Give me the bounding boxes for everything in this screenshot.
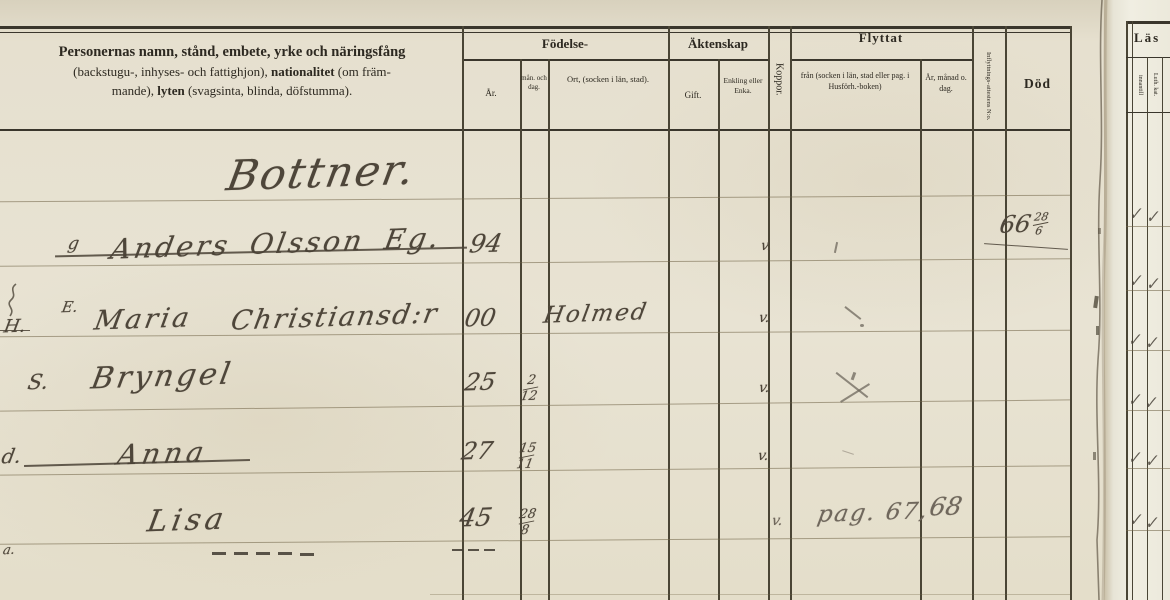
koppor-mark: v. xyxy=(758,381,771,395)
fodelse-mandag-header: mån. och dag. xyxy=(520,74,548,92)
koppor-mark: v. xyxy=(760,239,773,253)
strike-line xyxy=(0,330,30,331)
underline-dash xyxy=(484,549,495,551)
birth-year: 00 xyxy=(463,305,498,330)
birth-year: 45 xyxy=(458,504,494,530)
fodelse-ar-header: År. xyxy=(462,88,520,98)
underline-dash xyxy=(468,549,479,551)
death-date: 66 286 xyxy=(998,211,1050,238)
right-page-header: Läs xyxy=(1134,30,1170,46)
underline-dash xyxy=(234,552,248,555)
koppor-header: Koppor. xyxy=(768,30,790,128)
gift-header: Gift. xyxy=(668,90,718,100)
top-rule-thick xyxy=(0,26,1070,29)
birth-year: 27 xyxy=(460,438,495,463)
grid-vline xyxy=(548,59,550,600)
row-rule xyxy=(430,594,1070,595)
person-name: Bryngel xyxy=(89,360,235,395)
underline-dash xyxy=(256,552,270,555)
underline-dash xyxy=(300,553,314,556)
koppor-mark: v. xyxy=(757,449,770,463)
scanned-church-record: Personernas namn, stånd, embete, yrke oc… xyxy=(0,0,1170,600)
right-subcol2-header: Luth. kat. xyxy=(1148,60,1162,110)
grid-vline xyxy=(790,26,792,600)
right-subcol1-header: innantill xyxy=(1133,60,1147,110)
header-line1: Personernas namn, stånd, embete, yrke oc… xyxy=(59,44,406,60)
birth-month: 11 xyxy=(515,458,534,472)
dod-header: Död xyxy=(1005,76,1070,92)
koppor-mark: v. xyxy=(758,311,771,325)
birth-month: 12 xyxy=(519,390,538,404)
grid-vline xyxy=(668,26,670,600)
fodelse-group-header: Födelse- xyxy=(462,36,668,52)
fodelse-ort-header: Ort, (socken i län, stad). xyxy=(553,74,663,85)
flyttat-ardag-header: År, månad o. dag. xyxy=(922,72,970,94)
flyttat-fran-header: från (socken i län, stad eller pag. i Hu… xyxy=(796,70,914,92)
header-line3-bold: lyten xyxy=(157,83,184,98)
flyttat-band-rule xyxy=(790,59,972,61)
enka-header: Enkling eller Enka. xyxy=(720,76,766,96)
death-month: 6 xyxy=(1034,226,1043,237)
birth-day: 15 xyxy=(518,442,537,456)
header-line3-post: (svagsinta, blinda, döfstumma). xyxy=(185,83,353,98)
flyttat-group-header: Flyttat xyxy=(790,30,972,46)
koppor-mark: v. xyxy=(771,514,784,528)
inflyttning-line1: Inflyttnings- xyxy=(985,52,992,85)
inflyttning-line2: attestens N:o. xyxy=(985,85,992,120)
birth-month: 8 xyxy=(519,524,530,537)
birth-place: Holmed xyxy=(542,301,650,328)
grid-vline xyxy=(1070,26,1072,600)
right-grid-vline xyxy=(1162,57,1163,600)
birth-year: 25 xyxy=(463,369,498,394)
margin-squiggle xyxy=(2,282,24,318)
person-name: Anna xyxy=(115,438,210,469)
grid-vline xyxy=(718,59,720,600)
moved-year: 68 xyxy=(928,493,964,519)
aktenskap-group-header: Äktenskap xyxy=(668,36,768,52)
fodelse-band-rule xyxy=(462,59,668,61)
inflyttning-header: Inflyttnings- attestens N:o. xyxy=(972,28,1005,144)
birth-year: 94 xyxy=(468,230,504,256)
row-margin-mark: H. xyxy=(2,318,27,337)
right-grid-vline xyxy=(1126,21,1128,600)
row-margin-mark: S. xyxy=(26,372,50,394)
underline-dash xyxy=(452,549,463,551)
birth-day: 2 xyxy=(526,374,537,387)
person-patronymic: Christiansd:r xyxy=(229,300,441,334)
header-line2-post: (om främ- xyxy=(335,64,391,79)
birth-day: 28 xyxy=(518,508,537,522)
header-line3-pre: mande), xyxy=(112,83,157,98)
section-heading: Bottner. xyxy=(224,149,419,197)
header-bottom-rule xyxy=(0,129,1070,131)
row-margin-mark: d. xyxy=(0,446,23,467)
underline-dash xyxy=(278,552,292,555)
person-name: Maria xyxy=(92,304,194,334)
header-line2-pre: (backstugu-, inhyses- och fattighjon), xyxy=(73,64,271,79)
person-name: Lisa xyxy=(145,505,230,538)
pencil-mark xyxy=(860,324,864,327)
names-column-header: Personernas namn, stånd, embete, yrke oc… xyxy=(6,42,458,101)
grid-vline xyxy=(1005,26,1007,600)
death-year: 66 xyxy=(997,210,1033,239)
header-line2-bold: nationalitet xyxy=(271,64,335,79)
row-margin-mark: a. xyxy=(2,544,16,557)
moved-to-page: pag. 67, xyxy=(816,500,931,527)
underline-dash xyxy=(212,552,226,555)
margin-note: E. xyxy=(61,300,79,316)
